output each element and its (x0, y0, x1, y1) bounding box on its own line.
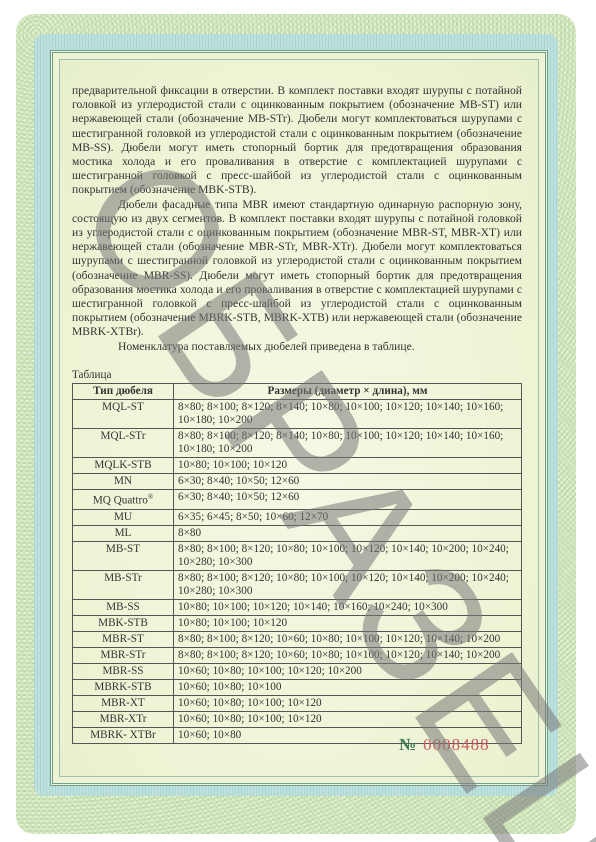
dowel-type: MQ Quattro® (73, 490, 174, 510)
dowel-sizes: 6×30; 8×40; 10×50; 12×60 (174, 474, 522, 490)
dowel-sizes: 10×80; 10×100; 10×120 (174, 615, 522, 631)
paragraph-mb: предварительной фиксации в отверстии. В … (72, 84, 522, 198)
dowel-type: MBRK- XTBr (73, 727, 174, 743)
table-row: MQL-ST8×80; 8×100; 8×120; 8×140; 10×80; … (73, 400, 522, 429)
dowel-type: MB-ST (73, 541, 174, 570)
table-row: MQ Quattro®6×30; 8×40; 10×50; 12×60 (73, 490, 522, 510)
dowel-table: Тип дюбеля Размеры (диаметр × длина), мм… (72, 383, 522, 744)
dowel-sizes: 10×60; 10×80; 10×100; 10×120; 10×200 (174, 663, 522, 679)
dowel-type: ML (73, 525, 174, 541)
table-row: MB-SS10×80; 10×100; 10×120; 10×140; 10×1… (73, 599, 522, 615)
dowel-type: MBK-STB (73, 615, 174, 631)
paragraph-nomenclature: Номенклатура поставляемых дюбелей привед… (72, 340, 522, 354)
table-row: MBRK-STB10×60; 10×80; 10×100 (73, 679, 522, 695)
dowel-sizes: 8×80; 8×100; 8×120; 8×140; 10×80; 10×100… (174, 400, 522, 429)
dowel-type: MBR-ST (73, 631, 174, 647)
table-row: MN6×30; 8×40; 10×50; 12×60 (73, 474, 522, 490)
dowel-sizes: 8×80; 8×100; 8×120; 10×60; 10×80; 10×100… (174, 631, 522, 647)
serial-number: №0008488 (399, 735, 490, 755)
dowel-sizes: 8×80 (174, 525, 522, 541)
dowel-sizes: 10×60; 10×80; 10×100 (174, 679, 522, 695)
dowel-sizes: 10×80; 10×100; 10×120 (174, 458, 522, 474)
table-row: MB-STr8×80; 8×100; 8×120; 10×80; 10×100;… (73, 570, 522, 599)
dowel-type: MQLK-STB (73, 458, 174, 474)
dowel-sizes: 8×80; 8×100; 8×120; 10×80; 10×100; 10×12… (174, 541, 522, 570)
dowel-type: MN (73, 474, 174, 490)
dowel-sizes: 8×80; 8×100; 8×120; 10×80; 10×100; 10×12… (174, 570, 522, 599)
table-row: MBR-XT10×60; 10×80; 10×100; 10×120 (73, 695, 522, 711)
table-row: MBR-ST8×80; 8×100; 8×120; 10×60; 10×80; … (73, 631, 522, 647)
dowel-type: MB-STr (73, 570, 174, 599)
table-row: MU6×35; 6×45; 8×50; 10×60; 12×70 (73, 509, 522, 525)
table-caption: Таблица (72, 368, 522, 382)
document-body: предварительной фиксации в отверстии. В … (72, 84, 522, 744)
dowel-sizes: 10×60; 10×80; 10×100; 10×120 (174, 711, 522, 727)
header-sizes: Размеры (диаметр × длина), мм (174, 384, 522, 400)
header-type: Тип дюбеля (73, 384, 174, 400)
table-row: MQLK-STB10×80; 10×100; 10×120 (73, 458, 522, 474)
dowel-type: MQL-STr (73, 429, 174, 458)
table-row: ML8×80 (73, 525, 522, 541)
table-row: MBR-SS10×60; 10×80; 10×100; 10×120; 10×2… (73, 663, 522, 679)
dowel-sizes: 8×80; 8×100; 8×120; 10×60; 10×80; 10×100… (174, 647, 522, 663)
table-row: MB-ST8×80; 8×100; 8×120; 10×80; 10×100; … (73, 541, 522, 570)
table-row: MBK-STB10×80; 10×100; 10×120 (73, 615, 522, 631)
serial-number-sign: № (399, 735, 417, 754)
dowel-type: MBR-STr (73, 647, 174, 663)
dowel-type: MBR-SS (73, 663, 174, 679)
dowel-type: MBR-XT (73, 695, 174, 711)
dowel-sizes: 10×80; 10×100; 10×120; 10×140; 10×160; 1… (174, 599, 522, 615)
dowel-type: MBRK-STB (73, 679, 174, 695)
table-row: MBR-STr8×80; 8×100; 8×120; 10×60; 10×80;… (73, 647, 522, 663)
table-row: MQL-STr8×80; 8×100; 8×120; 8×140; 10×80;… (73, 429, 522, 458)
dowel-type: MBR-XTr (73, 711, 174, 727)
dowel-sizes: 8×80; 8×100; 8×120; 8×140; 10×80; 10×100… (174, 429, 522, 458)
paragraph-mbr: Дюбели фасадные типа MBR имеют стандартн… (72, 198, 522, 340)
serial-number-value: 0008488 (423, 735, 490, 754)
dowel-sizes: 6×35; 6×45; 8×50; 10×60; 12×70 (174, 509, 522, 525)
dowel-type: MB-SS (73, 599, 174, 615)
dowel-type: MQL-ST (73, 400, 174, 429)
dowel-type: MU (73, 509, 174, 525)
dowel-sizes: 10×60; 10×80; 10×100; 10×120 (174, 695, 522, 711)
table-row: MBR-XTr10×60; 10×80; 10×100; 10×120 (73, 711, 522, 727)
dowel-sizes: 6×30; 8×40; 10×50; 12×60 (174, 490, 522, 510)
table-header-row: Тип дюбеля Размеры (диаметр × длина), мм (73, 384, 522, 400)
